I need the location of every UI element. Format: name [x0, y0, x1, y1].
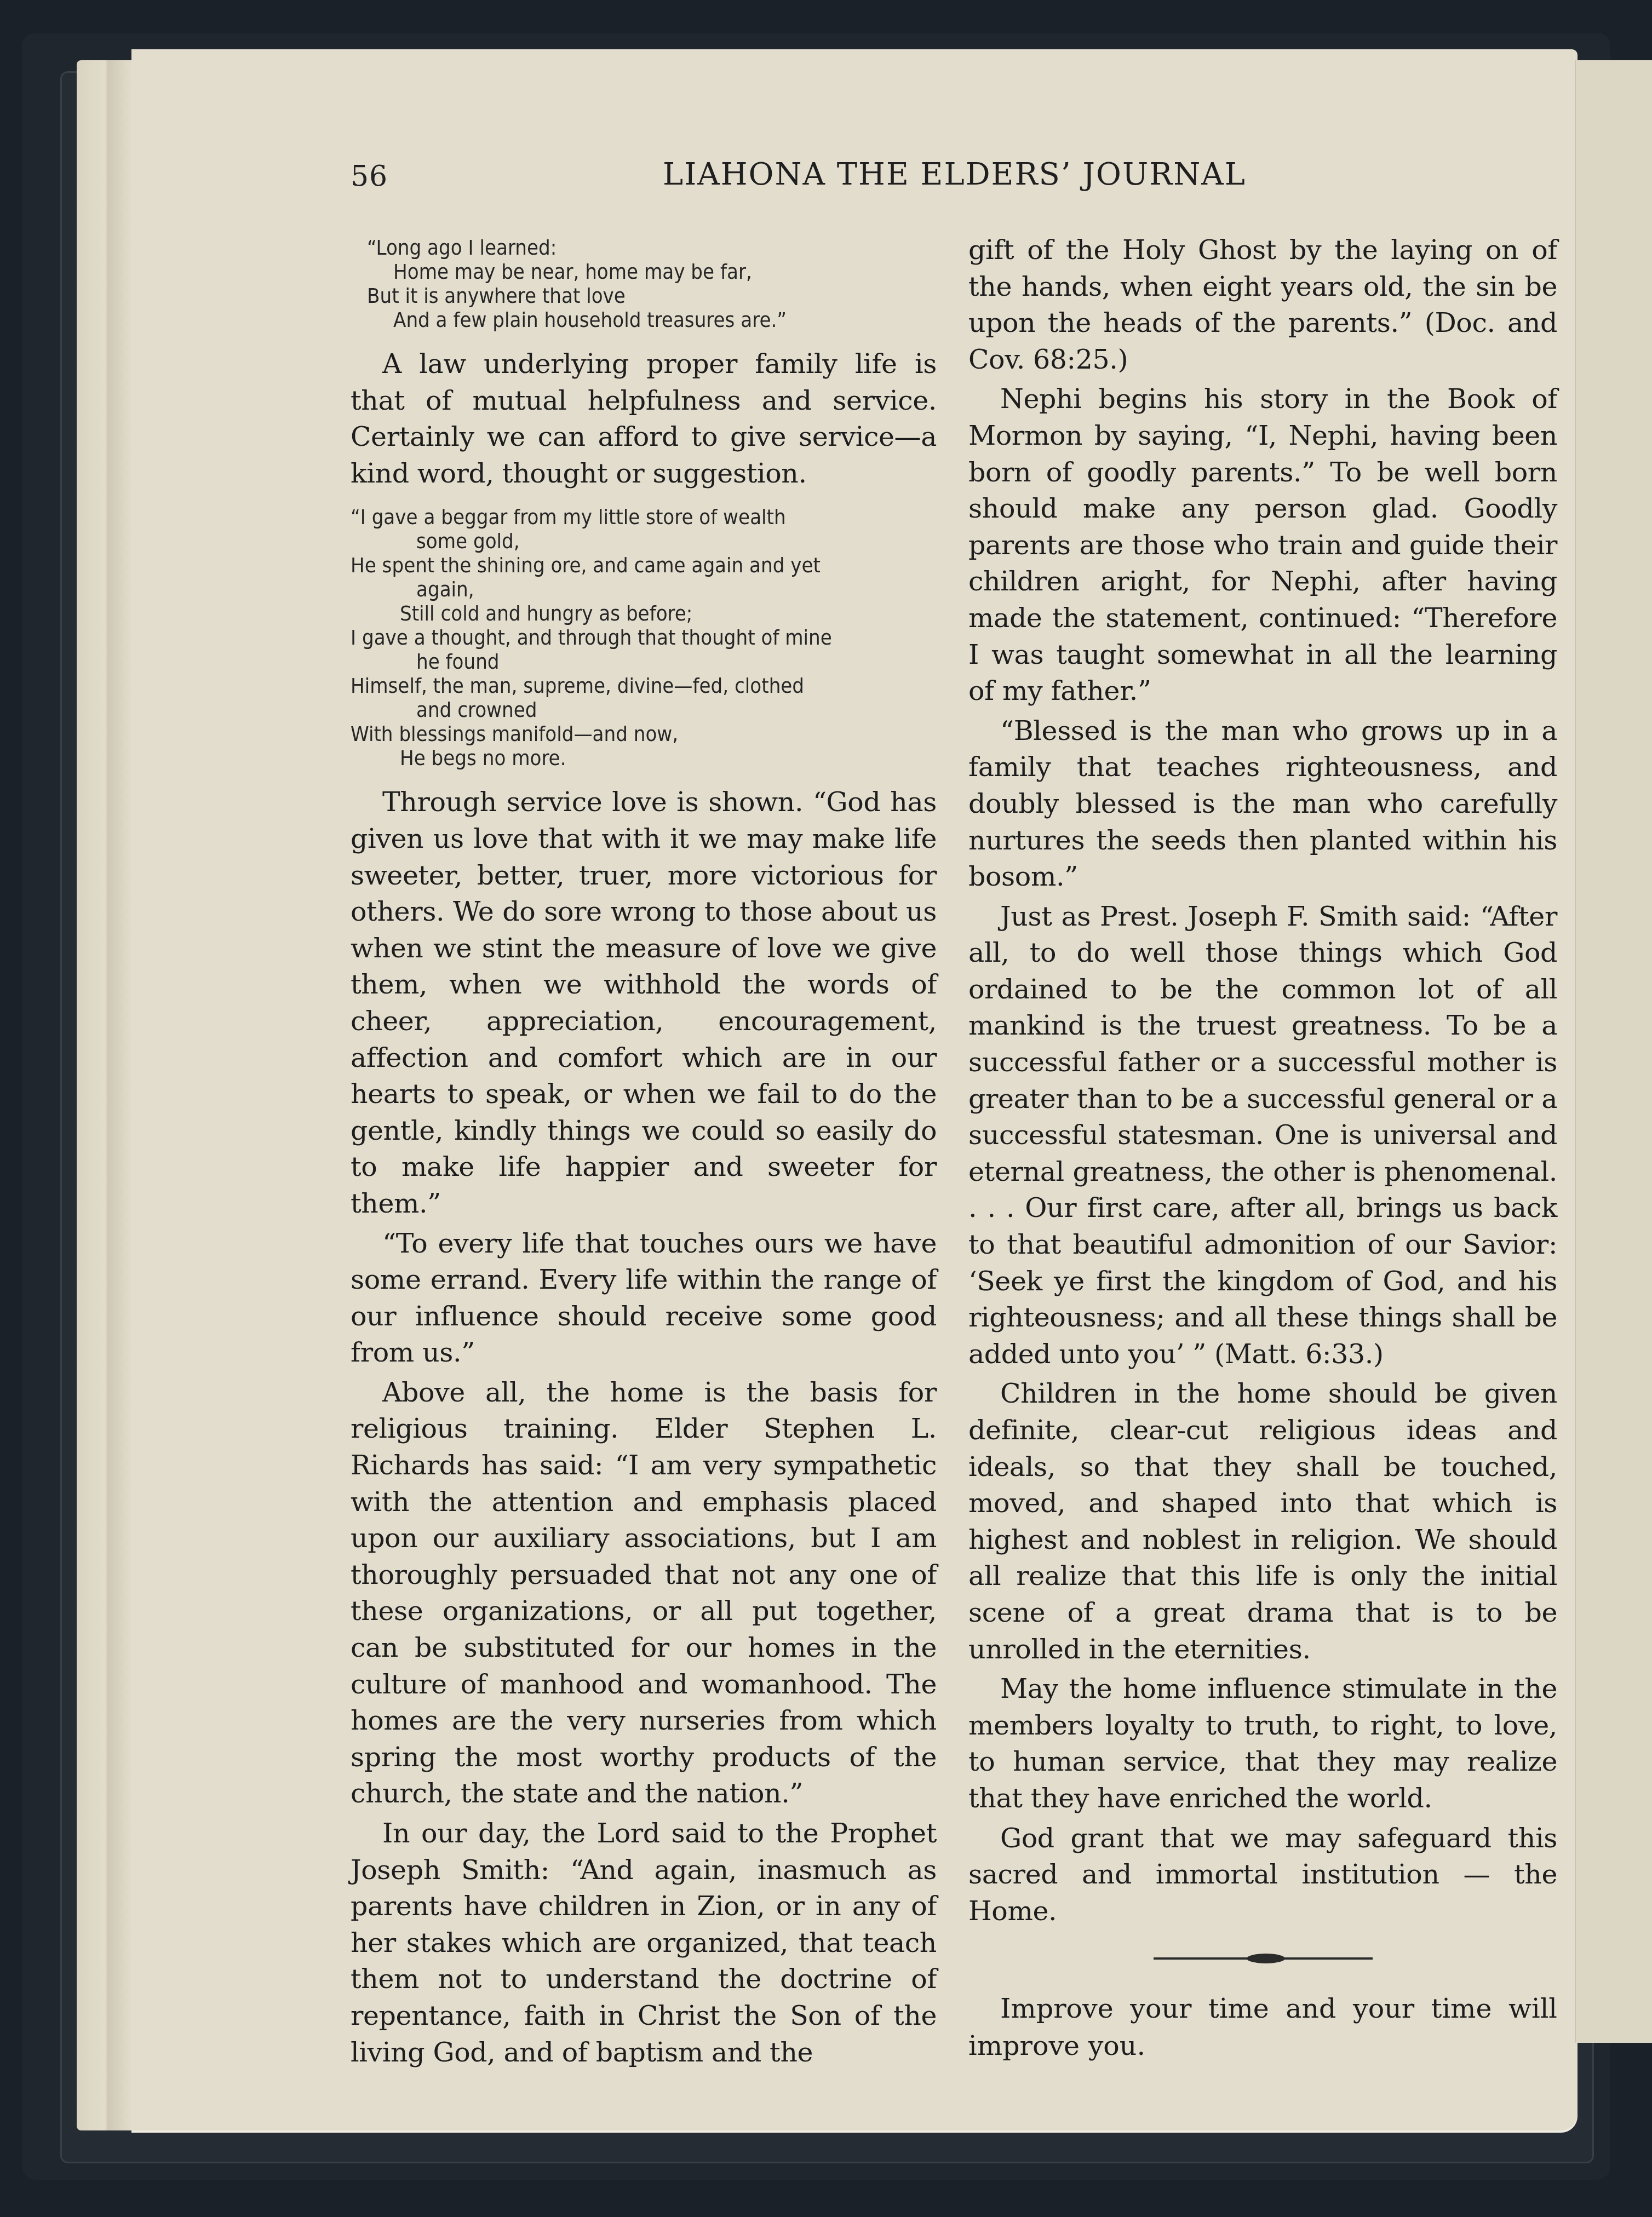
paragraph: May the home influence stimulate in the … [968, 1671, 1557, 1817]
page-number: 56 [351, 160, 388, 193]
paragraph: God grant that we may safeguard this sac… [968, 1820, 1557, 1930]
paragraph: Through service love is shown. “God has … [351, 784, 937, 1222]
running-head: LIAHONA THE ELDERS’ JOURNAL [663, 157, 1246, 192]
ornament-rule-icon [1154, 1952, 1373, 1963]
poem-line: “I gave a beggar from my little store of… [351, 505, 937, 529]
paragraph: Above all, the home is the basis for rel… [351, 1375, 937, 1812]
poem-line: “Long ago I learned: [367, 236, 937, 260]
paragraph: “To every life that touches ours we have… [351, 1226, 937, 1371]
poem-line: And a few plain household treasures are.… [367, 308, 937, 332]
poem-line: again, [351, 577, 937, 601]
paragraph: Children in the home should be given def… [968, 1376, 1557, 1668]
poem-line: But it is anywhere that love [367, 284, 937, 308]
poem-line: and crowned [351, 698, 937, 722]
paragraph: In our day, the Lord said to the Prophet… [351, 1816, 937, 2071]
poem-beggar: “I gave a beggar from my little store of… [351, 505, 937, 770]
poem-line: some gold, [351, 529, 937, 553]
closing-aphorism: Improve your time and your time will imp… [968, 1990, 1557, 2065]
poem-line: Himself, the man, supreme, divine—fed, c… [351, 674, 937, 698]
paragraph: Just as Prest. Joseph F. Smith said: “Af… [968, 899, 1557, 1373]
page-header: 56 LIAHONA THE ELDERS’ JOURNAL [351, 160, 1610, 204]
poem-line: He begs no more. [351, 746, 937, 770]
poem-line: Home may be near, home may be far, [367, 260, 937, 284]
paragraph: A law underlying proper family life is t… [351, 346, 937, 492]
poem-line: I gave a thought, and through that thoug… [351, 625, 937, 650]
left-column: “Long ago I learned: Home may be near, h… [351, 236, 937, 2074]
poem-line: Still cold and hungry as before; [351, 601, 937, 625]
poem-line: With blessings manifold—and now, [351, 722, 937, 746]
poem-home: “Long ago I learned: Home may be near, h… [367, 236, 937, 332]
poem-line: he found [351, 650, 937, 674]
ornament-knot [1247, 1954, 1285, 1963]
poem-line: He spent the shining ore, and came again… [351, 553, 937, 577]
paragraph: gift of the Holy Ghost by the laying on … [968, 232, 1557, 378]
facing-page-edge [1575, 60, 1652, 2043]
right-column: gift of the Holy Ghost by the laying on … [968, 232, 1557, 2092]
paragraph: “Blessed is the man who grows up in a fa… [968, 713, 1557, 895]
paragraph: Nephi begins his story in the Book of Mo… [968, 381, 1557, 709]
